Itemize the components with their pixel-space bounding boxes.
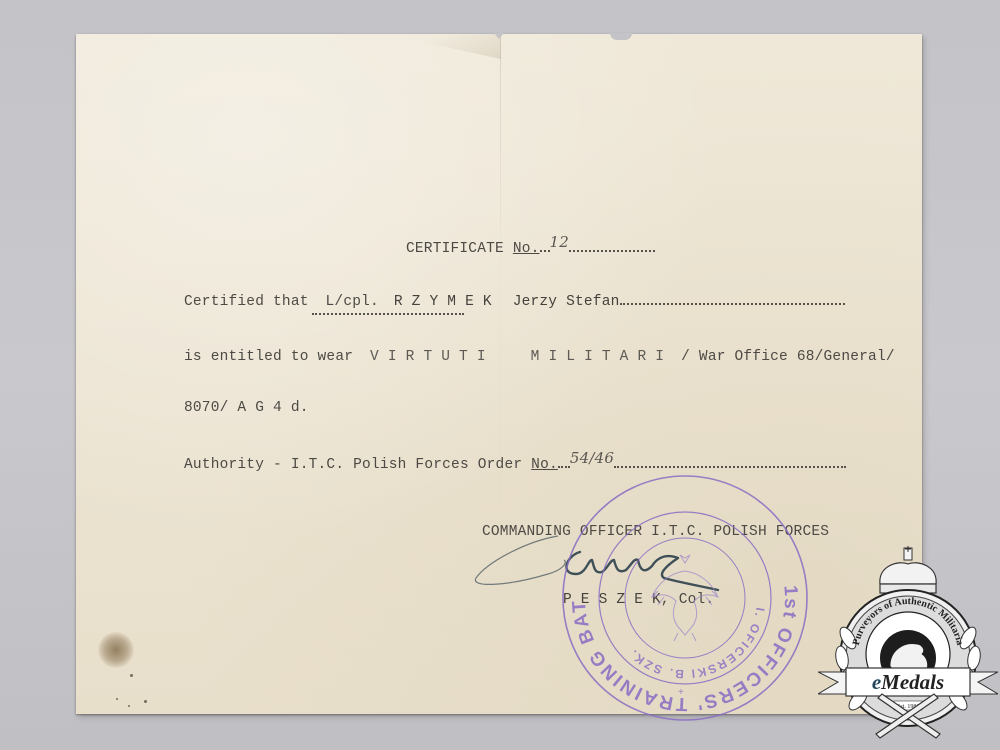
order-number: 54/46 <box>570 449 614 467</box>
rank: L/cpl. <box>326 294 379 310</box>
entitlement-label: is entitled to wear <box>184 349 353 365</box>
certificate-number: 12 <box>550 233 570 251</box>
certificate-paper: CERTIFICATE No.12 Certified that L/cpl. … <box>76 34 922 714</box>
decoration-name-part2: M I L I T A R I <box>531 349 665 365</box>
reference-part2: 8070/ A G 4 d. <box>184 400 309 416</box>
paper-fold-line <box>500 34 501 714</box>
certificate-title: CERTIFICATE <box>406 241 504 257</box>
certified-label: Certified that <box>184 294 309 310</box>
crown-icon <box>880 546 936 593</box>
fill-dots <box>312 313 464 315</box>
authority-number-label: No. <box>531 457 558 473</box>
signatory-rank: , Col. <box>661 592 714 608</box>
number-label: No. <box>513 241 540 257</box>
authority-label: Authority - I.T.C. Polish Forces Order <box>184 457 522 473</box>
reference-line: 8070/ A G 4 d. <box>184 400 309 416</box>
signatory-name: P E S Z E K <box>563 592 661 608</box>
paper-speck <box>128 705 130 707</box>
decoration-name-part1: V I R T U T I <box>370 349 486 365</box>
given-names: Jerzy Stefan <box>513 294 620 310</box>
paper-crease-shadow <box>386 34 501 59</box>
emedals-wordmark: eMedals <box>872 670 944 694</box>
signatory-title: COMMANDING OFFICER I.T.C. POLISH FORCES <box>482 524 829 540</box>
entitlement-line: is entitled to wear V I R T U T I M I L … <box>184 349 895 365</box>
paper-speck <box>144 700 147 703</box>
paper-speck <box>116 698 118 700</box>
emedals-watermark-logo: Purveyors of Authentic Militaria eMedals… <box>818 546 998 742</box>
certified-line: Certified that L/cpl. R Z Y M E K Jerzy … <box>184 294 845 310</box>
paper-stain <box>98 632 134 668</box>
surname: R Z Y M E K <box>394 294 492 310</box>
paper-tear-notch <box>610 33 632 40</box>
reference-part1: / War Office 68/General/ <box>681 349 895 365</box>
authority-line: Authority - I.T.C. Polish Forces Order N… <box>184 454 846 473</box>
certificate-heading: CERTIFICATE No.12 <box>406 238 655 257</box>
signatory-name-line: P E S Z E K, Col. <box>563 592 714 608</box>
paper-speck <box>130 674 133 677</box>
